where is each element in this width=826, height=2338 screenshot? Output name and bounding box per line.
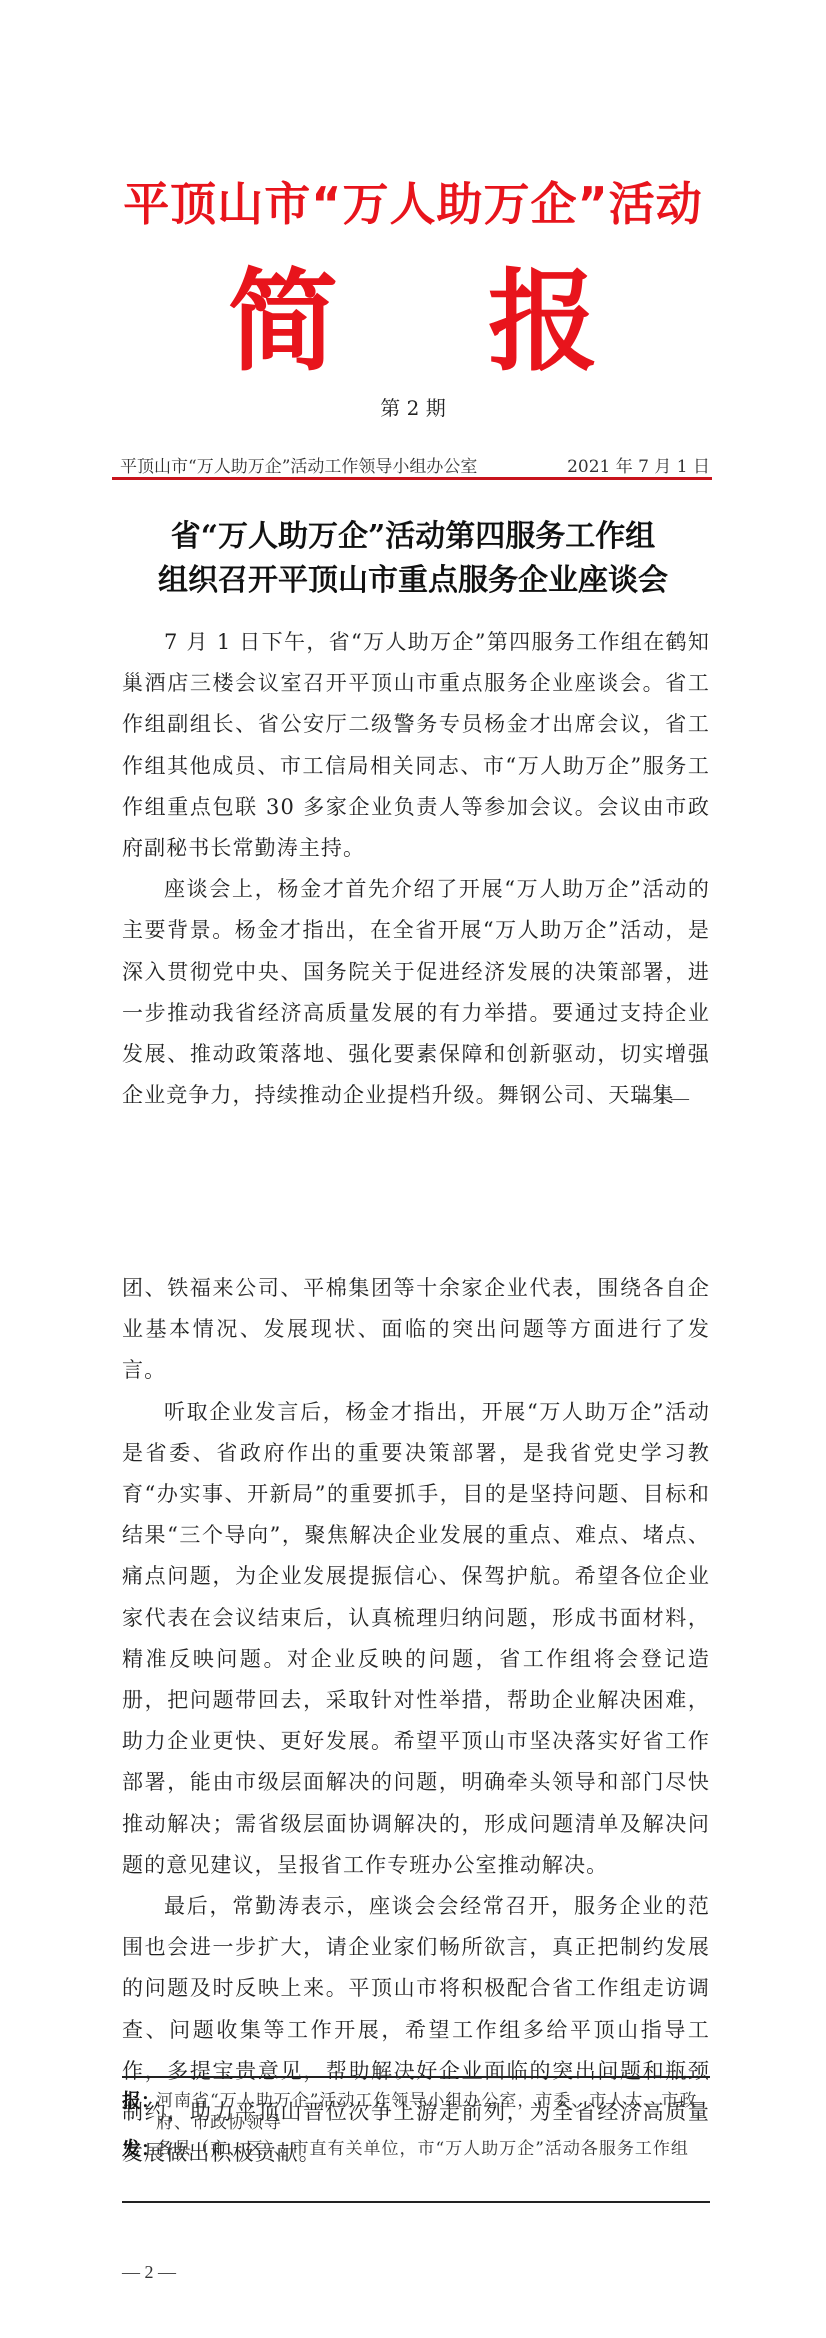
article-title-line-2: 组织召开平顶山市重点服务企业座谈会 bbox=[0, 559, 826, 603]
article-body-page2: 团、铁福来公司、平棉集团等十余家企业代表，围绕各自企业基本情况、发展现状、面临的… bbox=[122, 1268, 710, 2174]
send-to-row: 发： 各县（市、区）、市直有关单位，市“万人助万企”活动各服务工作组 bbox=[122, 2138, 710, 2160]
page-number-1: — 1 — bbox=[635, 1088, 689, 1109]
red-divider bbox=[112, 477, 712, 480]
document-type-heading: 简报 bbox=[0, 262, 826, 382]
article-title: 省“万人助万企”活动第四服务工作组 组织召开平顶山市重点服务企业座谈会 bbox=[0, 515, 826, 603]
paragraph: 听取企业发言后，杨金才指出，开展“万人助万企”活动是省委、省政府作出的重要决策部… bbox=[122, 1392, 710, 1886]
issuing-office: 平顶山市“万人助万企”活动工作领导小组办公室 bbox=[120, 452, 477, 477]
send-recipients: 各县（市、区）、市直有关单位，市“万人助万企”活动各服务工作组 bbox=[156, 2138, 710, 2160]
distribution-top-rule bbox=[122, 2076, 710, 2078]
doc-type-char-1: 简 bbox=[228, 262, 338, 382]
send-label: 发： bbox=[122, 2138, 156, 2160]
paragraph: 7 月 1 日下午，省“万人助万企”第四服务工作组在鹤知巢酒店三楼会议室召开平顶… bbox=[122, 622, 710, 869]
report-label: 报： bbox=[122, 2090, 156, 2134]
masthead-title: 平顶山市“万人助万企”活动 bbox=[0, 168, 826, 234]
doc-type-char-2: 报 bbox=[488, 262, 598, 382]
page-number-2: — 2 — bbox=[122, 2262, 176, 2283]
issue-date: 2021 年 7 月 1 日 bbox=[567, 452, 710, 477]
masthead-meta: 平顶山市“万人助万企”活动工作领导小组办公室 2021 年 7 月 1 日 bbox=[120, 452, 710, 477]
issue-number: 第 2 期 bbox=[0, 392, 826, 421]
distribution-bottom-rule bbox=[122, 2201, 710, 2203]
distribution-list: 报： 河南省“万人助万企”活动工作领导小组办公室，市委、市人大、市政府、市政协领… bbox=[122, 2090, 710, 2164]
report-to-row: 报： 河南省“万人助万企”活动工作领导小组办公室，市委、市人大、市政府、市政协领… bbox=[122, 2090, 710, 2134]
article-title-line-1: 省“万人助万企”活动第四服务工作组 bbox=[0, 515, 826, 559]
article-body-page1: 7 月 1 日下午，省“万人助万企”第四服务工作组在鹤知巢酒店三楼会议室召开平顶… bbox=[122, 622, 710, 1116]
paragraph-continuation: 团、铁福来公司、平棉集团等十余家企业代表，围绕各自企业基本情况、发展现状、面临的… bbox=[122, 1268, 710, 1392]
report-recipients: 河南省“万人助万企”活动工作领导小组办公室，市委、市人大、市政府、市政协领导 bbox=[156, 2090, 710, 2134]
paragraph: 座谈会上，杨金才首先介绍了开展“万人助万企”活动的主要背景。杨金才指出，在全省开… bbox=[122, 869, 710, 1116]
